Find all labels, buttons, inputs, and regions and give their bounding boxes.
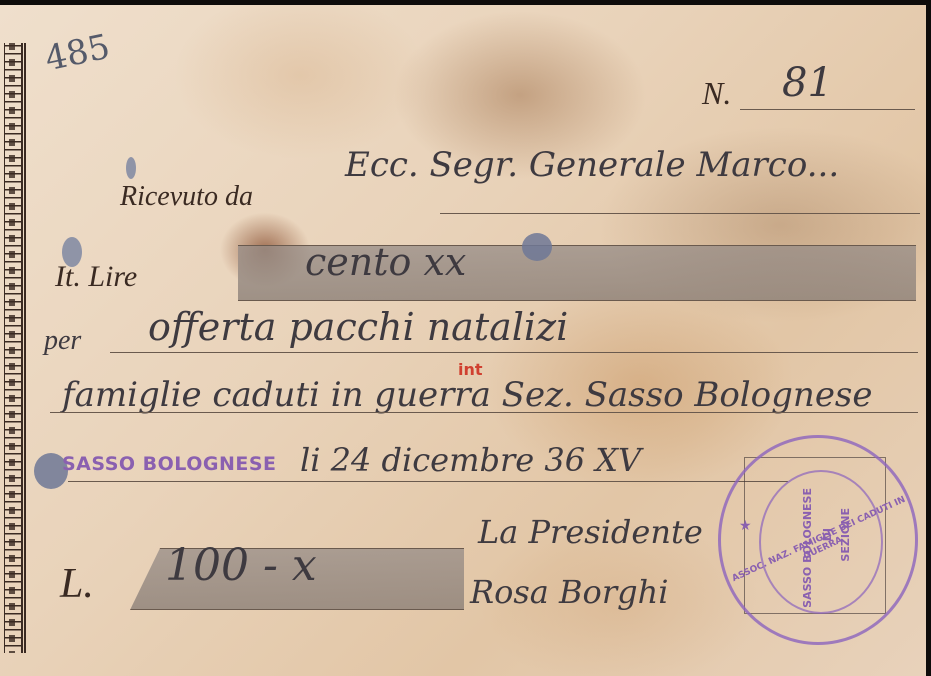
receipt-number-label: N.	[702, 75, 731, 112]
received-from-rule	[440, 213, 920, 214]
received-from-value: Ecc. Segr. Generale Marco...	[345, 145, 839, 185]
ink-spot	[522, 233, 552, 261]
ink-spot	[126, 157, 136, 179]
seal-center-line-2: DI	[821, 528, 834, 541]
amount-words-value: cento xx	[305, 240, 466, 284]
received-from-label: Ricevuto da	[120, 181, 253, 213]
receipt-number: 81	[782, 60, 833, 106]
seal-star-icon: ★	[739, 518, 752, 534]
purpose-line-2: famiglie caduti in guerra Sez. Sasso Bol…	[62, 375, 873, 415]
archive-number: 485	[42, 27, 114, 80]
signature-name: Rosa Borghi	[470, 573, 668, 611]
signature-title: La Presidente	[478, 513, 703, 551]
purpose-line-1: offerta pacchi natalizi	[148, 305, 568, 349]
purpose-label: per	[44, 325, 81, 357]
date-value: li 24 dicembre 36 XV	[300, 441, 641, 479]
receipt-paper: 485 N. 81 Ricevuto da Ecc. Segr. General…	[0, 5, 926, 676]
purpose-rule-2	[50, 412, 918, 413]
border-rule	[24, 43, 26, 653]
ink-spot	[62, 237, 82, 267]
place-stamp: SASSO BOLOGNESE	[62, 453, 277, 475]
seal-center-line-1: SEZIONE	[839, 508, 852, 562]
greek-key-border	[4, 43, 23, 653]
amount-total-value: 100 - x	[165, 540, 317, 591]
seal-center-line-3: SASSO BOLOGNESE	[801, 488, 814, 608]
date-rule	[68, 481, 788, 482]
red-annotation: int	[458, 360, 483, 379]
purpose-rule-1	[110, 352, 918, 353]
receipt-number-rule	[740, 109, 915, 110]
association-seal: ASSOC. NAZ. FAMIGLIE DEI CADUTI IN GUERR…	[718, 435, 918, 645]
amount-total-label: L.	[60, 560, 94, 608]
